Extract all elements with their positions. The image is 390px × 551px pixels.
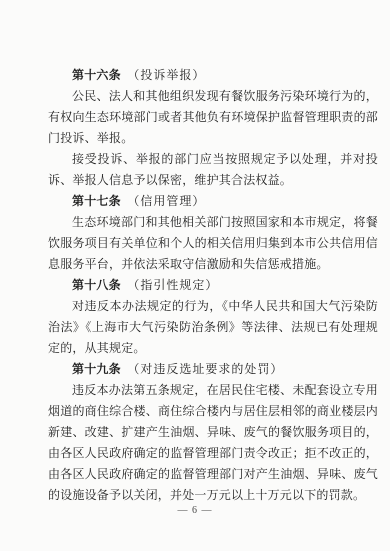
article-paragraph: 生态环境部门和其他相关部门按照国家和本市规定，将餐饮服务项目有关单位和个人的相关… <box>48 212 378 275</box>
article-heading: 第十八条（指引性规定） <box>48 275 378 296</box>
article-paragraph: 公民、法人和其他组织发现有餐饮服务污染环境行为的，有权向生态环境部门或者其他负有… <box>48 86 378 149</box>
article-number: 第十九条 <box>72 362 121 376</box>
article-18: 第十八条（指引性规定） 对违反本办法规定的行为，《中华人民共和国大气污染防治法》… <box>48 275 378 359</box>
article-number: 第十六条 <box>72 68 121 82</box>
article-19: 第十九条（对违反选址要求的处罚） 违反本办法第五条规定，在居民住宅楼、未配套设立… <box>48 359 378 506</box>
article-paragraph: 接受投诉、举报的部门应当按照规定予以处理，并对投诉、举报人信息予以保密，维护其合… <box>48 149 378 191</box>
article-heading: 第十六条（投诉举报） <box>48 65 378 86</box>
article-heading: 第十九条（对违反选址要求的处罚） <box>48 359 378 380</box>
article-heading: 第十七条（信用管理） <box>48 191 378 212</box>
article-16: 第十六条（投诉举报） 公民、法人和其他组织发现有餐饮服务污染环境行为的，有权向生… <box>48 65 378 191</box>
article-17: 第十七条（信用管理） 生态环境部门和其他相关部门按照国家和本市规定，将餐饮服务项… <box>48 191 378 275</box>
document-text-block: 第十六条（投诉举报） 公民、法人和其他组织发现有餐饮服务污染环境行为的，有权向生… <box>48 65 378 506</box>
article-paragraph: 对违反本办法规定的行为，《中华人民共和国大气污染防治法》《上海市大气污染防治条例… <box>48 296 378 359</box>
article-paragraph: 违反本办法第五条规定，在居民住宅楼、未配套设立专用烟道的商住综合楼、商住综合楼内… <box>48 380 378 506</box>
article-title: （投诉举报） <box>127 68 205 82</box>
article-title: （指引性规定） <box>127 278 218 292</box>
article-number: 第十七条 <box>72 194 121 208</box>
article-title: （对违反选址要求的处罚） <box>127 362 283 376</box>
article-number: 第十八条 <box>72 278 121 292</box>
article-title: （信用管理） <box>127 194 205 208</box>
page-number: — 6 — <box>0 504 390 518</box>
document-page: 第十六条（投诉举报） 公民、法人和其他组织发现有餐饮服务污染环境行为的，有权向生… <box>0 0 390 551</box>
